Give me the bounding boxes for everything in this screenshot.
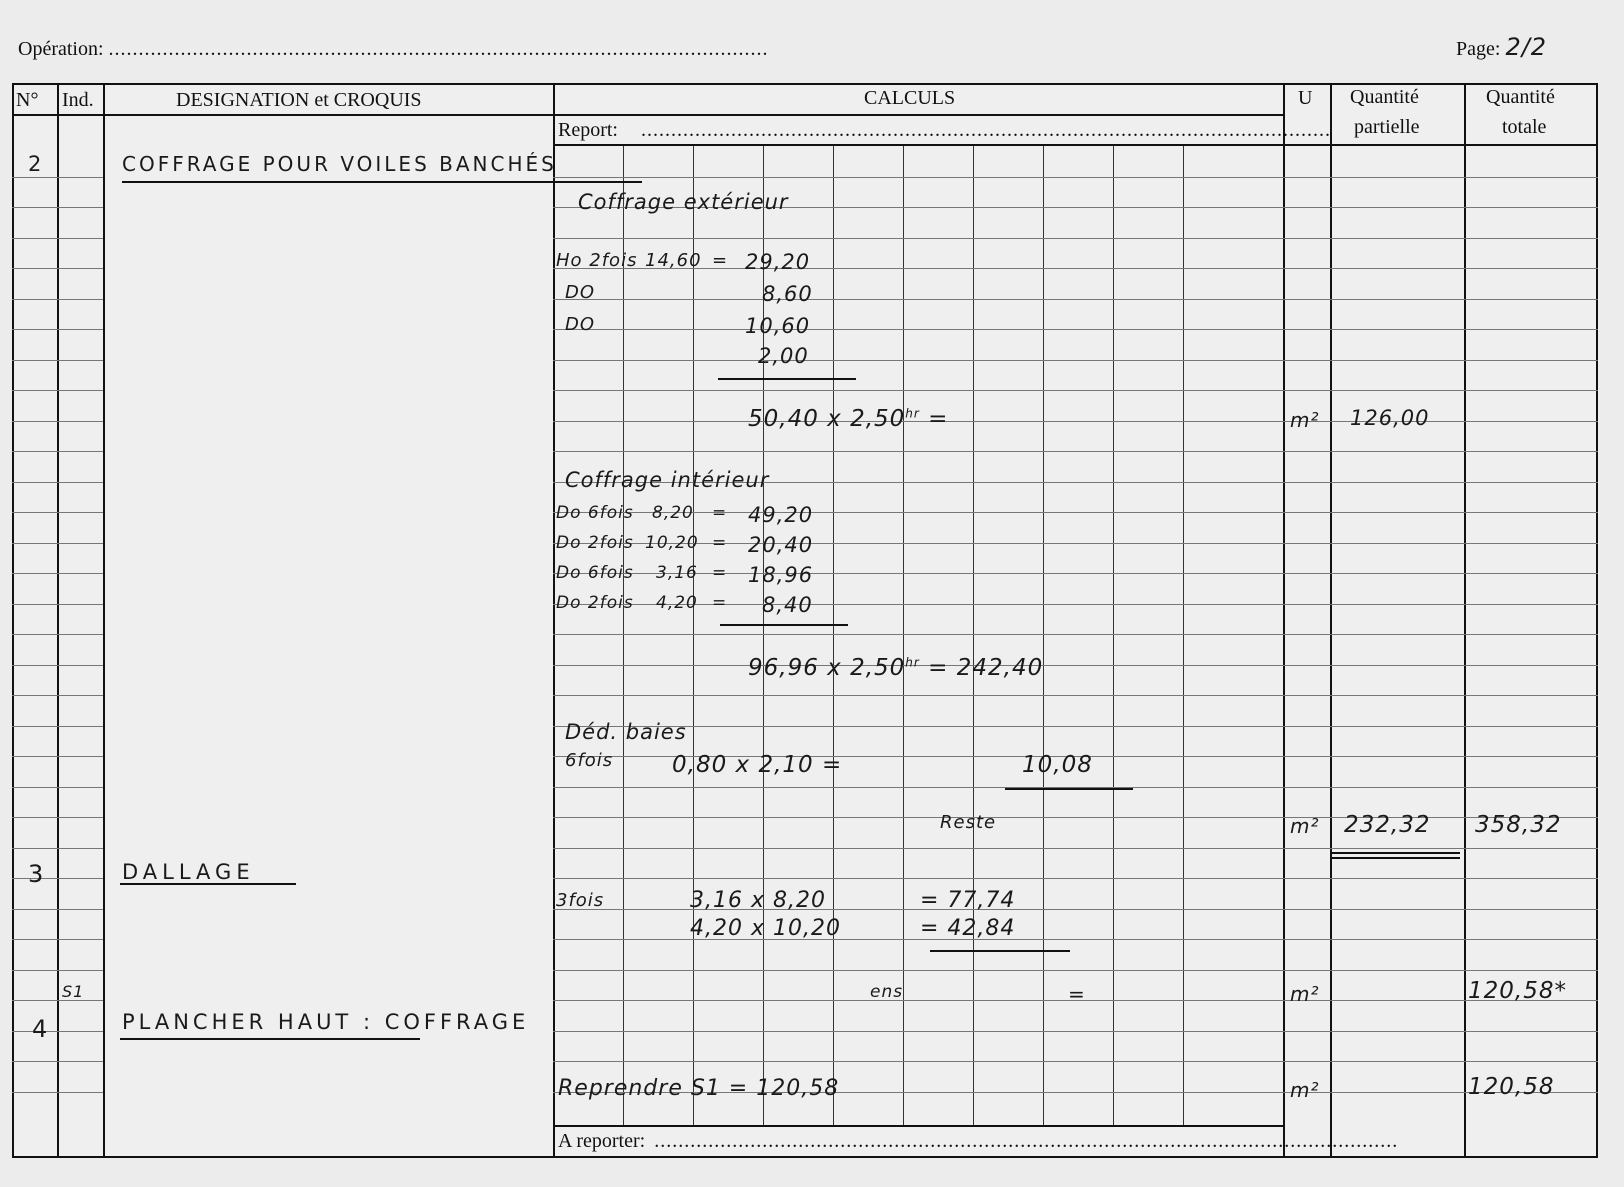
col-divider-designation	[553, 83, 555, 1158]
calc-line-factor: 8,20	[652, 503, 694, 523]
ruled-row-line	[12, 878, 103, 879]
section-title: Coffrage extérieur	[578, 190, 789, 214]
calc-line-result: 18,96	[748, 563, 813, 587]
ruled-row-line	[553, 695, 1598, 696]
sum-underline	[930, 950, 1070, 952]
calc-product-text: 50,40 x 2,50	[748, 406, 905, 432]
ruled-row-line	[553, 726, 1598, 727]
calc-subcolumn-line	[1043, 146, 1044, 1125]
report-row: Report: ................................…	[558, 119, 1331, 142]
qty-partial: 232,32	[1344, 812, 1430, 838]
ruled-row-line	[12, 360, 103, 361]
calc-subcolumn-line	[1183, 146, 1184, 1125]
calculs-header-separator	[553, 114, 1283, 116]
ruled-row-line	[553, 543, 1598, 544]
col-header-qty-total-1: Quantité	[1486, 86, 1555, 109]
ruled-row-line	[553, 970, 1598, 971]
ruled-row-line	[12, 1031, 103, 1032]
ruled-row-line	[12, 1061, 103, 1062]
ruled-row-line	[553, 817, 1598, 818]
calc-line-factor: 4,20	[656, 593, 698, 613]
calc-line-result: 29,20	[745, 250, 810, 274]
col-header-unit: U	[1298, 87, 1312, 110]
calc-line-calc: 3,16 x 8,20	[690, 888, 826, 913]
calc-line-result: 49,20	[748, 503, 813, 527]
ruled-row-line	[12, 1000, 103, 1001]
calc-subcolumn-line	[973, 146, 974, 1125]
ruled-row-line	[12, 299, 103, 300]
calc-product: 96,96 x 2,50hr = 242,40	[748, 655, 1043, 681]
ruled-row-line	[12, 604, 103, 605]
ruled-row-line	[553, 329, 1598, 330]
ruled-row-line	[12, 238, 103, 239]
calc-line-calc: 0,80 x 2,10 =	[672, 752, 842, 778]
ens-eq: =	[1068, 982, 1086, 1006]
ruled-row-line	[12, 665, 103, 666]
a-reporter-row: A reporter: ............................…	[558, 1130, 1398, 1153]
ruled-row-line	[553, 878, 1598, 879]
ruled-row-line	[553, 177, 1598, 178]
ruled-row-line	[12, 390, 103, 391]
ruled-row-line	[12, 482, 103, 483]
item-designation: COFFRAGE POUR VOILES BANCHÉS	[122, 152, 557, 176]
ruled-row-line	[553, 390, 1598, 391]
calc-subcolumn-line	[903, 146, 904, 1125]
col-divider-calculs	[1283, 83, 1285, 1158]
report-label: Report:	[558, 119, 618, 141]
ruled-row-line	[553, 634, 1598, 635]
sum-underline	[720, 624, 848, 626]
ruled-row-line	[12, 970, 103, 971]
calc-line-result: 8,60	[762, 282, 813, 306]
ruled-row-line	[553, 1031, 1598, 1032]
ruled-row-line	[12, 817, 103, 818]
unit-value: m²	[1290, 814, 1320, 838]
calc-sup: hr	[905, 655, 920, 669]
calc-line-eq: =	[712, 593, 727, 613]
a-reporter-separator	[553, 1125, 1283, 1127]
calc-line-label: Do 2fois	[556, 593, 634, 613]
a-reporter-field[interactable]: ........................................…	[654, 1130, 1398, 1152]
deduction-underline	[1005, 788, 1133, 790]
calc-subcolumn-line	[693, 146, 694, 1125]
calc-eq: =	[928, 406, 948, 432]
header-separator	[12, 114, 553, 116]
ruled-row-line	[553, 299, 1598, 300]
item-no: 4	[32, 1015, 48, 1043]
operation-field[interactable]: ........................................…	[109, 38, 769, 60]
item-ind: S1	[62, 982, 84, 1001]
ruled-row-line	[12, 543, 103, 544]
ruled-row-line	[12, 451, 103, 452]
item-designation: DALLAGE	[122, 860, 255, 884]
page-label: Page:	[1456, 38, 1500, 60]
section-title: Déd. baies	[565, 720, 687, 744]
ruled-row-line	[553, 848, 1598, 849]
designation-underline	[120, 883, 296, 885]
calc-line-calc: 4,20 x 10,20	[690, 916, 841, 941]
ruled-row-line	[12, 695, 103, 696]
ruled-row-line	[12, 939, 103, 940]
calc-line-label: Do 6fois	[556, 503, 634, 523]
calc-line-eq: =	[712, 533, 727, 553]
ens-label: ens	[870, 982, 903, 1002]
designation-underline	[122, 181, 642, 183]
col-divider-no	[57, 83, 59, 1158]
calc-line-eq: =	[712, 503, 727, 523]
ruled-row-line	[553, 573, 1598, 574]
calc-line-factor: 14,60	[645, 250, 702, 271]
unit-value: m²	[1290, 408, 1320, 432]
page-number: Page: 2/2	[1456, 33, 1547, 61]
col-header-qty-total-2: totale	[1502, 116, 1546, 139]
col-header-qty-partial-1: Quantité	[1350, 86, 1419, 109]
col-header-no: N°	[16, 89, 38, 112]
calc-line-result: = 77,74	[920, 888, 1015, 913]
qty-partial: 126,00	[1350, 406, 1429, 430]
calc-line-calc: Reprendre S1 = 120,58	[558, 1076, 839, 1101]
col-header-designation: DESIGNATION et CROQUIS	[176, 89, 422, 112]
report-separator	[553, 144, 1283, 146]
col-divider-partielle	[1464, 83, 1466, 1158]
ruled-row-line	[553, 421, 1598, 422]
item-designation: PLANCHER HAUT : COFFRAGE	[122, 1010, 529, 1034]
ruled-row-line	[12, 787, 103, 788]
ruled-row-line	[553, 1061, 1598, 1062]
calc-line-label: DO	[565, 314, 595, 335]
reste-label: Reste	[940, 812, 996, 833]
calc-line-label: 3fois	[556, 890, 604, 911]
double-underline-1	[1330, 852, 1460, 854]
qty-total: 120,58	[1468, 1074, 1554, 1100]
designation-underline	[120, 1038, 420, 1040]
calc-line-result: = 42,84	[920, 916, 1015, 941]
ruled-row-line	[12, 329, 103, 330]
calc-line-eq: =	[712, 250, 728, 271]
ruled-row-line	[12, 421, 103, 422]
calc-subcolumn-line	[1113, 146, 1114, 1125]
report-field[interactable]: ........................................…	[641, 119, 1331, 141]
ruled-row-line	[553, 451, 1598, 452]
col-header-qty-partial-2: partielle	[1354, 116, 1420, 139]
calc-line-label: Do 6fois	[556, 563, 634, 583]
calc-subcolumn-line	[623, 146, 624, 1125]
page-value: 2/2	[1505, 33, 1547, 61]
ruled-row-line	[12, 909, 103, 910]
quantity-table	[12, 83, 1598, 1158]
calc-line-result: 8,40	[762, 593, 813, 617]
calc-line-factor: 3,16	[656, 563, 698, 583]
ruled-row-line	[553, 604, 1598, 605]
calc-subcolumn-line	[833, 146, 834, 1125]
col-divider-ind	[103, 83, 105, 1158]
ruled-row-line	[12, 177, 103, 178]
calc-line-eq: =	[712, 563, 727, 583]
operation-label-text: Opération:	[18, 38, 104, 60]
ruled-row-line	[12, 268, 103, 269]
ruled-row-line	[12, 634, 103, 635]
section-title: Coffrage intérieur	[565, 468, 769, 492]
calc-line-label: 6fois	[565, 750, 613, 771]
operation-label: Opération: .............................…	[18, 38, 769, 61]
calc-product: 50,40 x 2,50hr =	[748, 406, 948, 432]
col-header-calculs: CALCULS	[864, 87, 955, 110]
ruled-row-line	[12, 207, 103, 208]
a-reporter-label: A reporter:	[558, 1130, 645, 1152]
ruled-row-line	[12, 573, 103, 574]
sum-underline	[718, 378, 856, 380]
col-header-ind: Ind.	[62, 89, 94, 112]
calc-eq: = 242,40	[928, 655, 1043, 681]
calc-line-result: 2,00	[758, 344, 809, 368]
calc-line-result: 10,08	[1022, 752, 1093, 778]
qty-total: 358,32	[1475, 812, 1561, 838]
ruled-row-line	[12, 848, 103, 849]
ruled-row-line	[12, 512, 103, 513]
calc-line-factor: 10,20	[645, 533, 699, 553]
calc-sup: hr	[905, 406, 920, 420]
ruled-row-line	[553, 665, 1598, 666]
ruled-row-line	[12, 756, 103, 757]
double-underline-2	[1330, 857, 1460, 859]
item-no: 3	[28, 860, 44, 888]
ruled-row-line	[553, 238, 1598, 239]
col-divider-unit	[1330, 83, 1332, 1158]
calc-line-result: 10,60	[745, 314, 810, 338]
unit-value: m²	[1290, 982, 1320, 1006]
calc-line-result: 20,40	[748, 533, 813, 557]
ruled-row-line	[12, 1092, 103, 1093]
calc-line-label: DO	[565, 282, 595, 303]
unit-value: m²	[1290, 1078, 1320, 1102]
calc-line-label: Do 2fois	[556, 533, 634, 553]
calc-line-label: Ho 2fois	[556, 250, 637, 271]
ruled-row-line	[553, 268, 1598, 269]
ruled-row-line	[553, 512, 1598, 513]
item-no: 2	[28, 152, 42, 176]
ruled-row-line	[12, 726, 103, 727]
qty-total: 120,58*	[1468, 978, 1567, 1004]
ruled-row-line	[553, 360, 1598, 361]
calc-product-text: 96,96 x 2,50	[748, 655, 905, 681]
